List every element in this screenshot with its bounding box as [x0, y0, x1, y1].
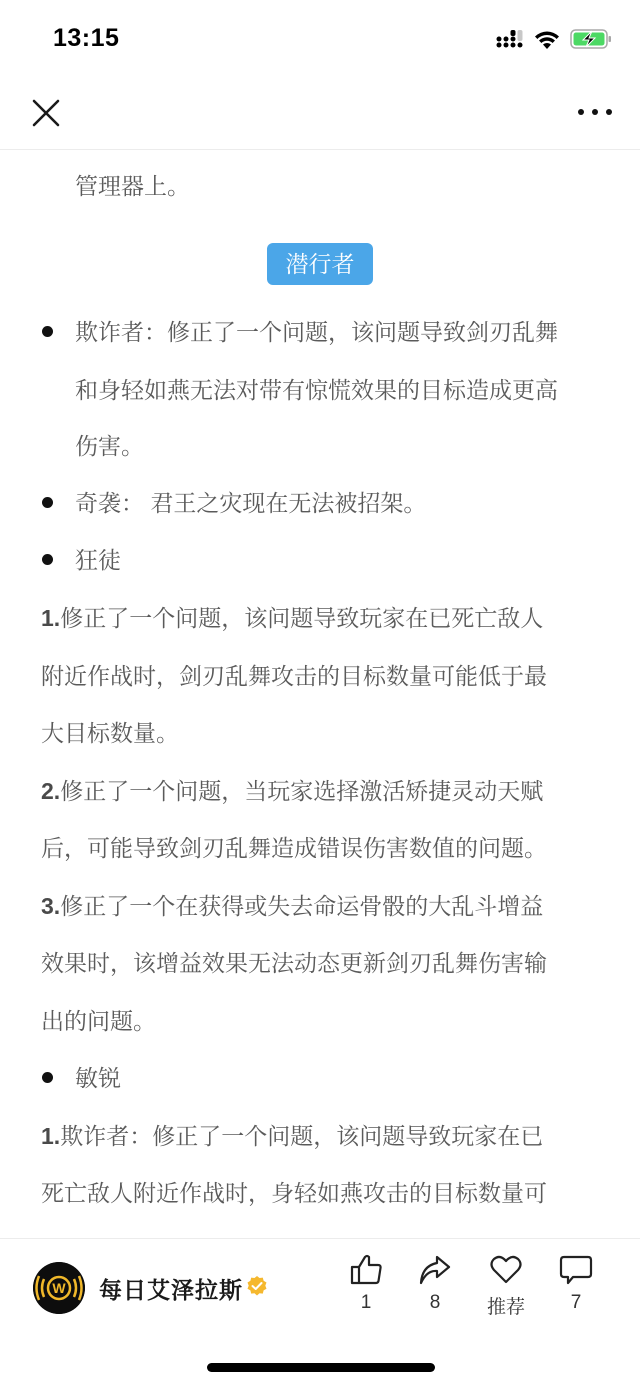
- battery-charging-icon: [570, 29, 612, 49]
- status-time: 13:15: [53, 24, 119, 53]
- numbered-line: 效果时，该增益效果无法动态更新剑刃乱舞伤害输: [41, 934, 547, 992]
- paragraph: 管理器上。: [75, 157, 190, 215]
- item-number: 1.: [41, 605, 60, 631]
- more-icon-dot: [592, 109, 598, 115]
- bullet-line: 奇袭： 君王之灾现在无法被招架。: [75, 474, 426, 532]
- comment-icon: [559, 1254, 593, 1286]
- like-button[interactable]: 1: [336, 1254, 396, 1314]
- item-number: 3.: [41, 893, 60, 919]
- bullet-line: 和身轻如燕无法对带有惊慌效果的目标造成更高: [75, 361, 558, 419]
- more-icon-dot: [578, 109, 584, 115]
- bullet-icon: [42, 554, 53, 565]
- numbered-line: 出的问题。: [41, 992, 156, 1050]
- status-bar: 13:15: [0, 0, 640, 80]
- share-button[interactable]: 8: [405, 1254, 465, 1314]
- like-count: 1: [336, 1292, 396, 1314]
- section-tag: 潜行者: [267, 243, 373, 285]
- numbered-line: 附近作战时，剑刃乱舞攻击的目标数量可能低于最: [41, 647, 547, 705]
- numbered-line: 后，可能导致剑刃乱舞造成错误伤害数值的问题。: [41, 819, 547, 877]
- numbered-line: 1.修正了一个问题，该问题导致玩家在已死亡敌人: [41, 589, 543, 647]
- author-name[interactable]: 每日艾泽拉斯: [99, 1272, 243, 1305]
- numbered-line: 2.修正了一个问题，当玩家选择激活矫捷灵动天赋: [41, 762, 543, 820]
- bullet-icon: [42, 1072, 53, 1083]
- verified-badge-icon: [246, 1275, 268, 1297]
- bullet-icon: [42, 326, 53, 337]
- status-icons: [496, 29, 612, 49]
- svg-text:W: W: [52, 1280, 66, 1296]
- heart-icon: [489, 1254, 523, 1286]
- bullet-line: 伤害。: [75, 417, 144, 475]
- item-number: 2.: [41, 778, 60, 804]
- share-icon: [418, 1254, 452, 1286]
- numbered-line: 3.修正了一个在获得或失去命运骨骰的大乱斗增益: [41, 877, 543, 935]
- wifi-icon: [534, 30, 560, 49]
- item-text: 修正了一个在获得或失去命运骨骰的大乱斗增益: [60, 893, 543, 919]
- share-count: 8: [405, 1292, 465, 1314]
- item-number: 1.: [41, 1123, 60, 1149]
- close-icon: [30, 97, 62, 129]
- bullet-icon: [42, 497, 53, 508]
- bullet-line: 欺诈者：修正了一个问题，该问题导致剑刃乱舞: [75, 303, 558, 361]
- item-text: 修正了一个问题，该问题导致玩家在已死亡敌人: [60, 605, 543, 631]
- bullet-line: 敏锐: [75, 1049, 121, 1107]
- author-avatar[interactable]: W: [33, 1262, 85, 1314]
- article-content: 管理器上。 潜行者 欺诈者：修正了一个问题，该问题导致剑刃乱舞 和身轻如燕无法对…: [0, 150, 640, 1238]
- item-text: 修正了一个问题，当玩家选择激活矫捷灵动天赋: [60, 778, 543, 804]
- more-icon-dot: [606, 109, 612, 115]
- comment-button[interactable]: 7: [546, 1254, 606, 1314]
- thumbs-up-icon: [349, 1254, 383, 1286]
- signal-icon: [496, 30, 524, 48]
- wow-logo-icon: W: [33, 1262, 85, 1314]
- numbered-line: 1.欺诈者：修正了一个问题，该问题导致玩家在已: [41, 1107, 543, 1165]
- numbered-line: 大目标数量。: [41, 704, 179, 762]
- bullet-line: 狂徒: [75, 531, 121, 589]
- more-button[interactable]: [578, 102, 612, 122]
- item-text: 欺诈者：修正了一个问题，该问题导致玩家在已: [60, 1123, 543, 1149]
- recommend-label: 推荐: [476, 1292, 536, 1319]
- comment-count: 7: [546, 1292, 606, 1314]
- nav-bar: [0, 80, 640, 150]
- recommend-button[interactable]: 推荐: [476, 1254, 536, 1319]
- close-button[interactable]: [30, 97, 62, 129]
- numbered-line: 死亡敌人附近作战时，身轻如燕攻击的目标数量可: [41, 1164, 547, 1222]
- home-indicator[interactable]: [207, 1363, 435, 1372]
